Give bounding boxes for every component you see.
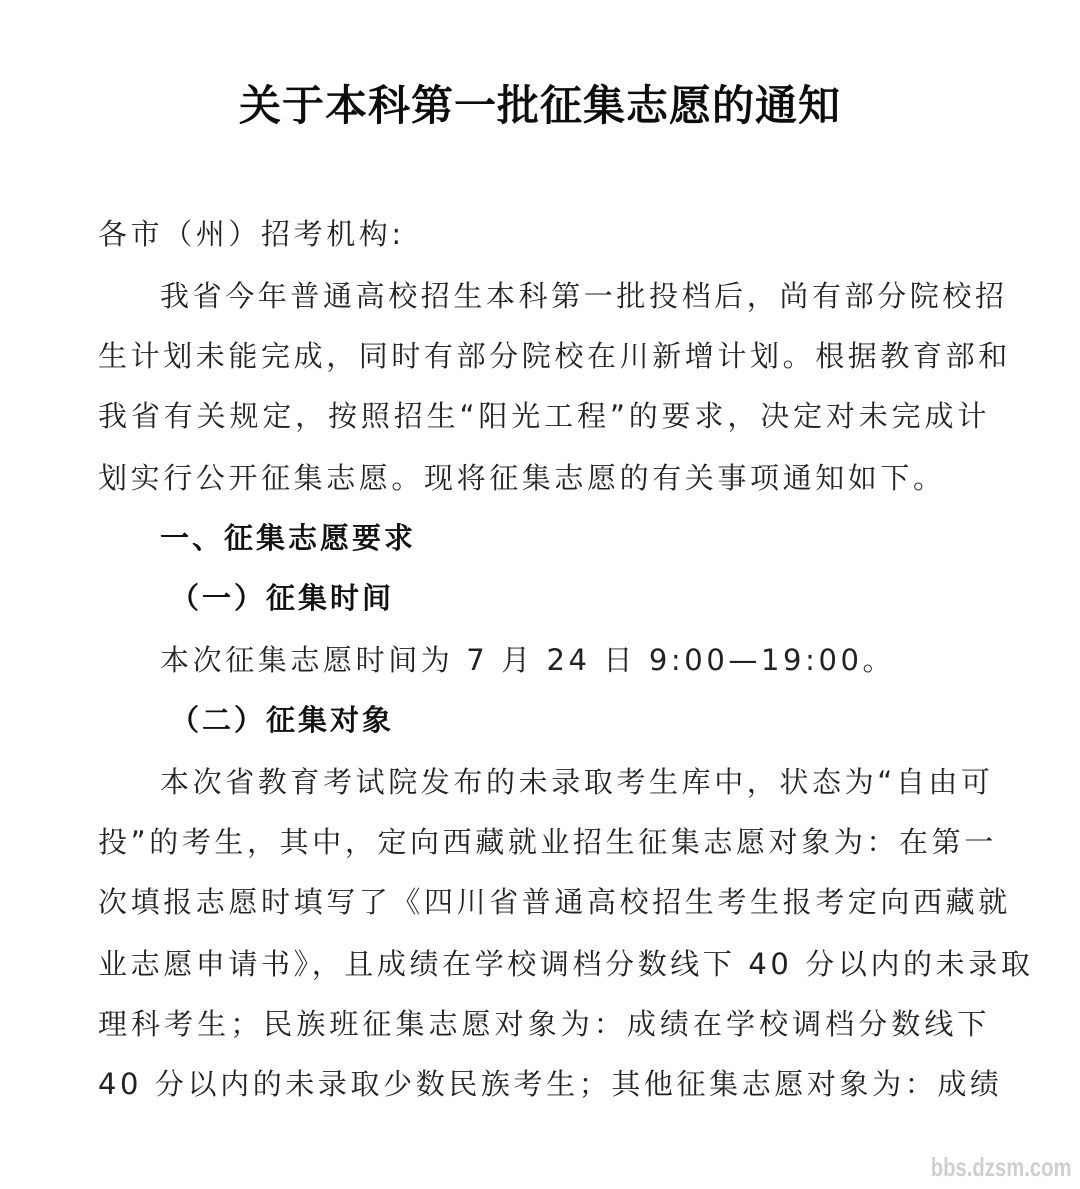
target-line: 40 分以内的未录取少数民族考生；其他征集志愿对象为：成绩 <box>98 1064 990 1104</box>
target-line: 业志愿申请书》，且成绩在学校调档分数线下 40 分以内的未录取 <box>98 944 990 984</box>
watermark: bbs.dzsm.com <box>931 1152 1072 1183</box>
document-page: 关于本科第一批征集志愿的通知 各市（州）招考机构: 我省今年普通高校招生本科第一… <box>0 0 1080 1189</box>
subsection-heading: （二）征集对象 <box>170 700 394 740</box>
target-line: 本次省教育考试院发布的未录取考生库中，状态为“自由可 <box>160 762 990 802</box>
intro-line: 划实行公开征集志愿。现将征集志愿的有关事项通知如下。 <box>98 458 990 498</box>
subsection-heading: （一）征集时间 <box>170 578 394 618</box>
target-line: 次填报志愿时填写了《四川省普通高校招生考生报考定向西藏就 <box>98 882 990 922</box>
section-heading: 一、征集志愿要求 <box>160 518 416 558</box>
target-line: 投”的考生，其中，定向西藏就业招生征集志愿对象为：在第一 <box>98 822 990 862</box>
intro-line: 我省有关规定，按照招生“阳光工程”的要求，决定对未完成计 <box>98 396 990 436</box>
salutation: 各市（州）招考机构: <box>98 214 990 254</box>
intro-line: 我省今年普通高校招生本科第一批投档后，尚有部分院校招 <box>160 276 990 316</box>
intro-line: 生计划未能完成，同时有部分院校在川新增计划。根据教育部和 <box>98 336 990 376</box>
target-line: 理科考生；民族班征集志愿对象为：成绩在学校调档分数线下 <box>98 1004 990 1044</box>
time-text: 本次征集志愿时间为 7 月 24 日 9:00—19:00。 <box>160 640 990 680</box>
document-title: 关于本科第一批征集志愿的通知 <box>0 76 1080 136</box>
